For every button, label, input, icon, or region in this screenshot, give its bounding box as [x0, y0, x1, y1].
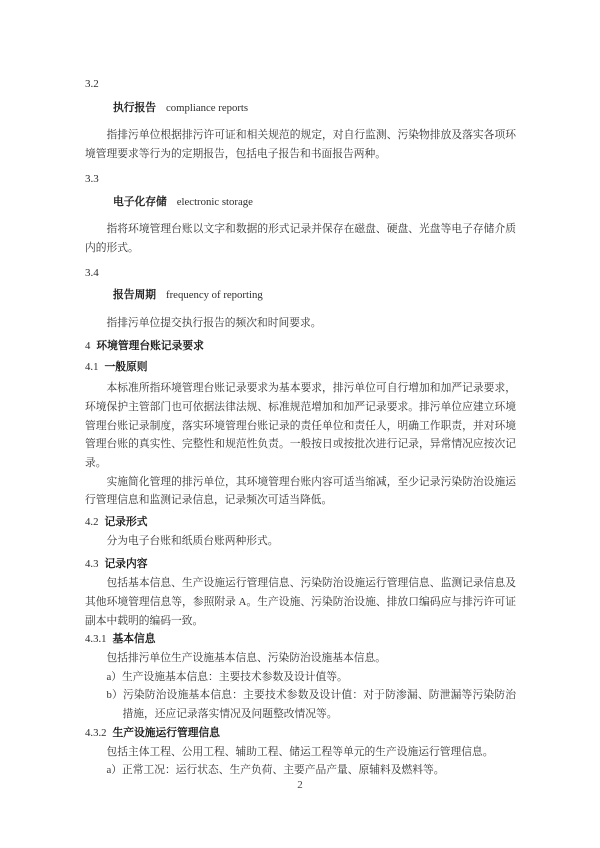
- list-item-label: b）: [107, 689, 123, 701]
- heading-number: 4.3: [85, 558, 98, 570]
- heading-number: 4.2: [85, 516, 98, 528]
- list-item-label: a）: [107, 671, 123, 683]
- page-number: 2: [0, 779, 600, 791]
- heading-4-3-1: 4.3.1基本信息: [85, 630, 516, 649]
- heading-chapter-4: 4环境管理台账记录要求: [85, 337, 516, 356]
- list-item-label: a）: [107, 764, 123, 776]
- paragraph-4-3-2: 包括主体工程、公用工程、辅助工程、储运工程等单元的生产设施运行管理信息。: [85, 743, 516, 762]
- list-item-4-3-1-b: b）污染防治设施基本信息：主要技术参数及设计值：对于防渗漏、防泄漏等污染防治措施…: [107, 686, 517, 723]
- heading-4-3-2: 4.3.2生产设施运行管理信息: [85, 724, 516, 743]
- term-en-3-4: frequency of reporting: [166, 289, 263, 301]
- term-line-3-2: 执行报告compliance reports: [85, 99, 516, 118]
- paragraph-4-1-a: 本标准所指环境管理台账记录要求为基本要求，排污单位可自行增加和加严记录要求，环境…: [85, 379, 516, 473]
- list-item-text: 生产设施基本信息：主要技术参数及设计值等。: [122, 671, 348, 683]
- paragraph-4-3: 包括基本信息、生产设施运行管理信息、污染防治设施运行管理信息、监测记录信息及其他…: [85, 574, 516, 630]
- heading-title: 环境管理台账记录要求: [96, 340, 204, 352]
- list-item-4-3-1-a: a）生产设施基本信息：主要技术参数及设计值等。: [107, 668, 517, 687]
- heading-4-2: 4.2记录形式: [85, 513, 516, 532]
- heading-title: 基本信息: [113, 633, 156, 645]
- term-definition-3-3: 指将环境管理台账以文字和数据的形式记录并保存在磁盘、硬盘、光盘等电子存储介质内的…: [85, 220, 516, 257]
- term-line-3-3: 电子化存储electronic storage: [85, 193, 516, 212]
- heading-number: 4.3.2: [85, 727, 107, 739]
- page-content: 3.2 执行报告compliance reports 指排污单位根据排污许可证和…: [85, 0, 516, 780]
- document-page: 3.2 执行报告compliance reports 指排污单位根据排污许可证和…: [0, 0, 600, 848]
- heading-number: 4.3.1: [85, 633, 107, 645]
- list-item-text: 污染防治设施基本信息：主要技术参数及设计值：对于防渗漏、防泄漏等污染防治措施，还…: [123, 689, 516, 720]
- heading-number: 4: [85, 340, 90, 352]
- heading-title: 记录内容: [104, 558, 147, 570]
- heading-title: 生产设施运行管理信息: [113, 727, 221, 739]
- term-en-3-3: electronic storage: [177, 196, 253, 208]
- clause-number-3-2: 3.2: [85, 75, 516, 94]
- term-zh-3-4: 报告周期: [113, 289, 156, 301]
- clause-number-3-4: 3.4: [85, 264, 516, 283]
- list-item-4-3-2-a: a）正常工况：运行状态、生产负荷、主要产品产量、原辅料及燃料等。: [107, 761, 517, 780]
- clause-number-3-3: 3.3: [85, 170, 516, 189]
- heading-4-3: 4.3记录内容: [85, 555, 516, 574]
- term-zh-3-2: 执行报告: [113, 102, 156, 114]
- term-line-3-4: 报告周期frequency of reporting: [85, 286, 516, 305]
- term-definition-3-2: 指排污单位根据排污许可证和相关规范的规定，对自行监测、污染物排放及落实各项环境管…: [85, 126, 516, 163]
- heading-title: 一般原则: [104, 361, 147, 373]
- term-definition-3-4: 指排污单位提交执行报告的频次和时间要求。: [85, 314, 516, 333]
- term-zh-3-3: 电子化存储: [113, 196, 167, 208]
- list-item-text: 正常工况：运行状态、生产负荷、主要产品产量、原辅料及燃料等。: [122, 764, 445, 776]
- heading-4-1: 4.1一般原则: [85, 358, 516, 377]
- term-en-3-2: compliance reports: [166, 102, 248, 114]
- paragraph-4-1-b: 实施简化管理的排污单位，其环境管理台账内容可适当缩减，至少记录污染防治设施运行管…: [85, 473, 516, 510]
- paragraph-4-3-1: 包括排污单位生产设施基本信息、污染防治设施基本信息。: [85, 649, 516, 668]
- paragraph-4-2: 分为电子台账和纸质台账两种形式。: [85, 532, 516, 551]
- heading-number: 4.1: [85, 361, 98, 373]
- heading-title: 记录形式: [104, 516, 147, 528]
